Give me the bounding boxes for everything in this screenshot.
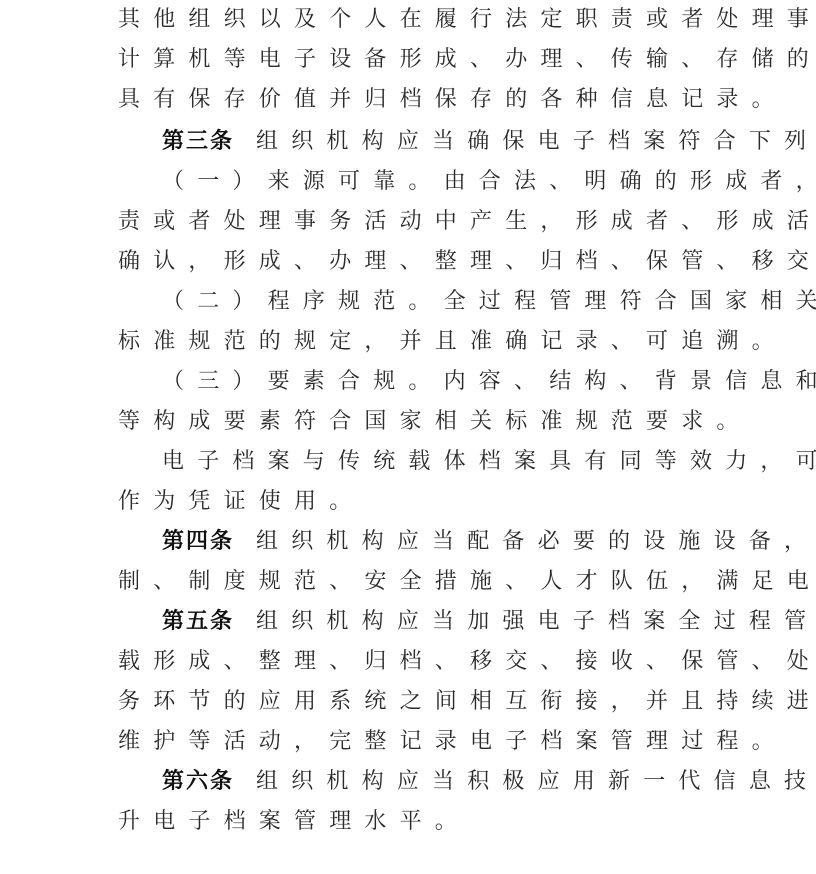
- article-heading: 第六条: [162, 769, 234, 794]
- paragraph-line: （二）程序规范。全过程管理符合国家相关法律法规以及: [162, 282, 816, 322]
- line-text: 组织机构应当积极应用新一代信息技术，不断提: [256, 769, 816, 794]
- line-text: 标准规范的规定，并且准确记录、可追溯。: [118, 329, 787, 354]
- paragraph-line: 其他组织以及个人在履行法定职责或者处理事务过程中，通过: [118, 0, 816, 40]
- line-text: 务环节的应用系统之间相互衔接，并且持续进行元数据采集、: [118, 689, 816, 714]
- paragraph-line: 载形成、整理、归档、移交、接收、保管、处置、利用等各业: [118, 642, 816, 682]
- paragraph-line: 标准规范的规定，并且准确记录、可追溯。: [118, 322, 787, 362]
- paragraph-line: 具有保存价值并归档保存的各种信息记录。: [118, 80, 787, 120]
- line-text: （三）要素合规。内容、结构、背景信息和管理过程信息: [162, 369, 816, 394]
- line-text: 维护等活动，完整记录电子档案管理过程。: [118, 729, 787, 754]
- paragraph-line: 电子档案与传统载体档案具有同等效力，可以以电子形式: [162, 442, 816, 482]
- line-text: 具有保存价值并归档保存的各种信息记录。: [118, 87, 787, 112]
- article-3-line: 第三条组织机构应当确保电子档案符合下列要求：: [162, 122, 816, 162]
- line-text: 组织机构应当配备必要的设施设备，建立管理机: [256, 529, 816, 554]
- paragraph-line: 责或者处理事务活动中产生，形成者、形成活动、形成时间可: [118, 202, 816, 242]
- line-text: 等构成要素符合国家相关标准规范要求。: [118, 409, 752, 434]
- line-text: 责或者处理事务活动中产生，形成者、形成活动、形成时间可: [118, 209, 816, 234]
- article-heading: 第三条: [162, 129, 234, 154]
- article-heading: 第五条: [162, 609, 234, 634]
- paragraph-line: 升电子档案管理水平。: [118, 802, 470, 842]
- line-text: （二）程序规范。全过程管理符合国家相关法律法规以及: [162, 289, 816, 314]
- line-text: 电子档案与传统载体档案具有同等效力，可以以电子形式: [162, 449, 816, 474]
- line-text: 制、制度规范、安全措施、人才队伍，满足电子档案管理需求。: [118, 569, 816, 594]
- line-text: 其他组织以及个人在履行法定职责或者处理事务过程中，通过: [118, 7, 816, 32]
- line-text: 载形成、整理、归档、移交、接收、保管、处置、利用等各业: [118, 649, 816, 674]
- line-text: （一）来源可靠。由合法、明确的形成者，在履行法定职: [162, 169, 816, 194]
- paragraph-line: 制、制度规范、安全措施、人才队伍，满足电子档案管理需求。: [118, 562, 816, 602]
- paragraph-line: （三）要素合规。内容、结构、背景信息和管理过程信息: [162, 362, 816, 402]
- article-heading: 第四条: [162, 529, 234, 554]
- line-text: 组织机构应当加强电子档案全过程管理，确保承: [256, 609, 816, 634]
- paragraph-line: 务环节的应用系统之间相互衔接，并且持续进行元数据采集、: [118, 682, 816, 722]
- article-6-line: 第六条组织机构应当积极应用新一代信息技术，不断提: [162, 762, 816, 802]
- line-text: 计算机等电子设备形成、办理、传输、存储的，对国家和社会: [118, 47, 816, 72]
- paragraph-line: 作为凭证使用。: [118, 482, 364, 522]
- line-text: 升电子档案管理水平。: [118, 809, 470, 834]
- line-text: 确认，形成、办理、整理、归档、保管、移交等系统安全可靠。: [118, 249, 816, 274]
- paragraph-line: （一）来源可靠。由合法、明确的形成者，在履行法定职: [162, 162, 816, 202]
- article-4-line: 第四条组织机构应当配备必要的设施设备，建立管理机: [162, 522, 816, 562]
- paragraph-line: 确认，形成、办理、整理、归档、保管、移交等系统安全可靠。: [118, 242, 816, 282]
- paragraph-line: 等构成要素符合国家相关标准规范要求。: [118, 402, 752, 442]
- article-5-line: 第五条组织机构应当加强电子档案全过程管理，确保承: [162, 602, 816, 642]
- line-text: 组织机构应当确保电子档案符合下列要求：: [256, 129, 816, 154]
- paragraph-line: 计算机等电子设备形成、办理、传输、存储的，对国家和社会: [118, 40, 816, 80]
- paragraph-line: 维护等活动，完整记录电子档案管理过程。: [118, 722, 787, 762]
- line-text: 作为凭证使用。: [118, 489, 364, 514]
